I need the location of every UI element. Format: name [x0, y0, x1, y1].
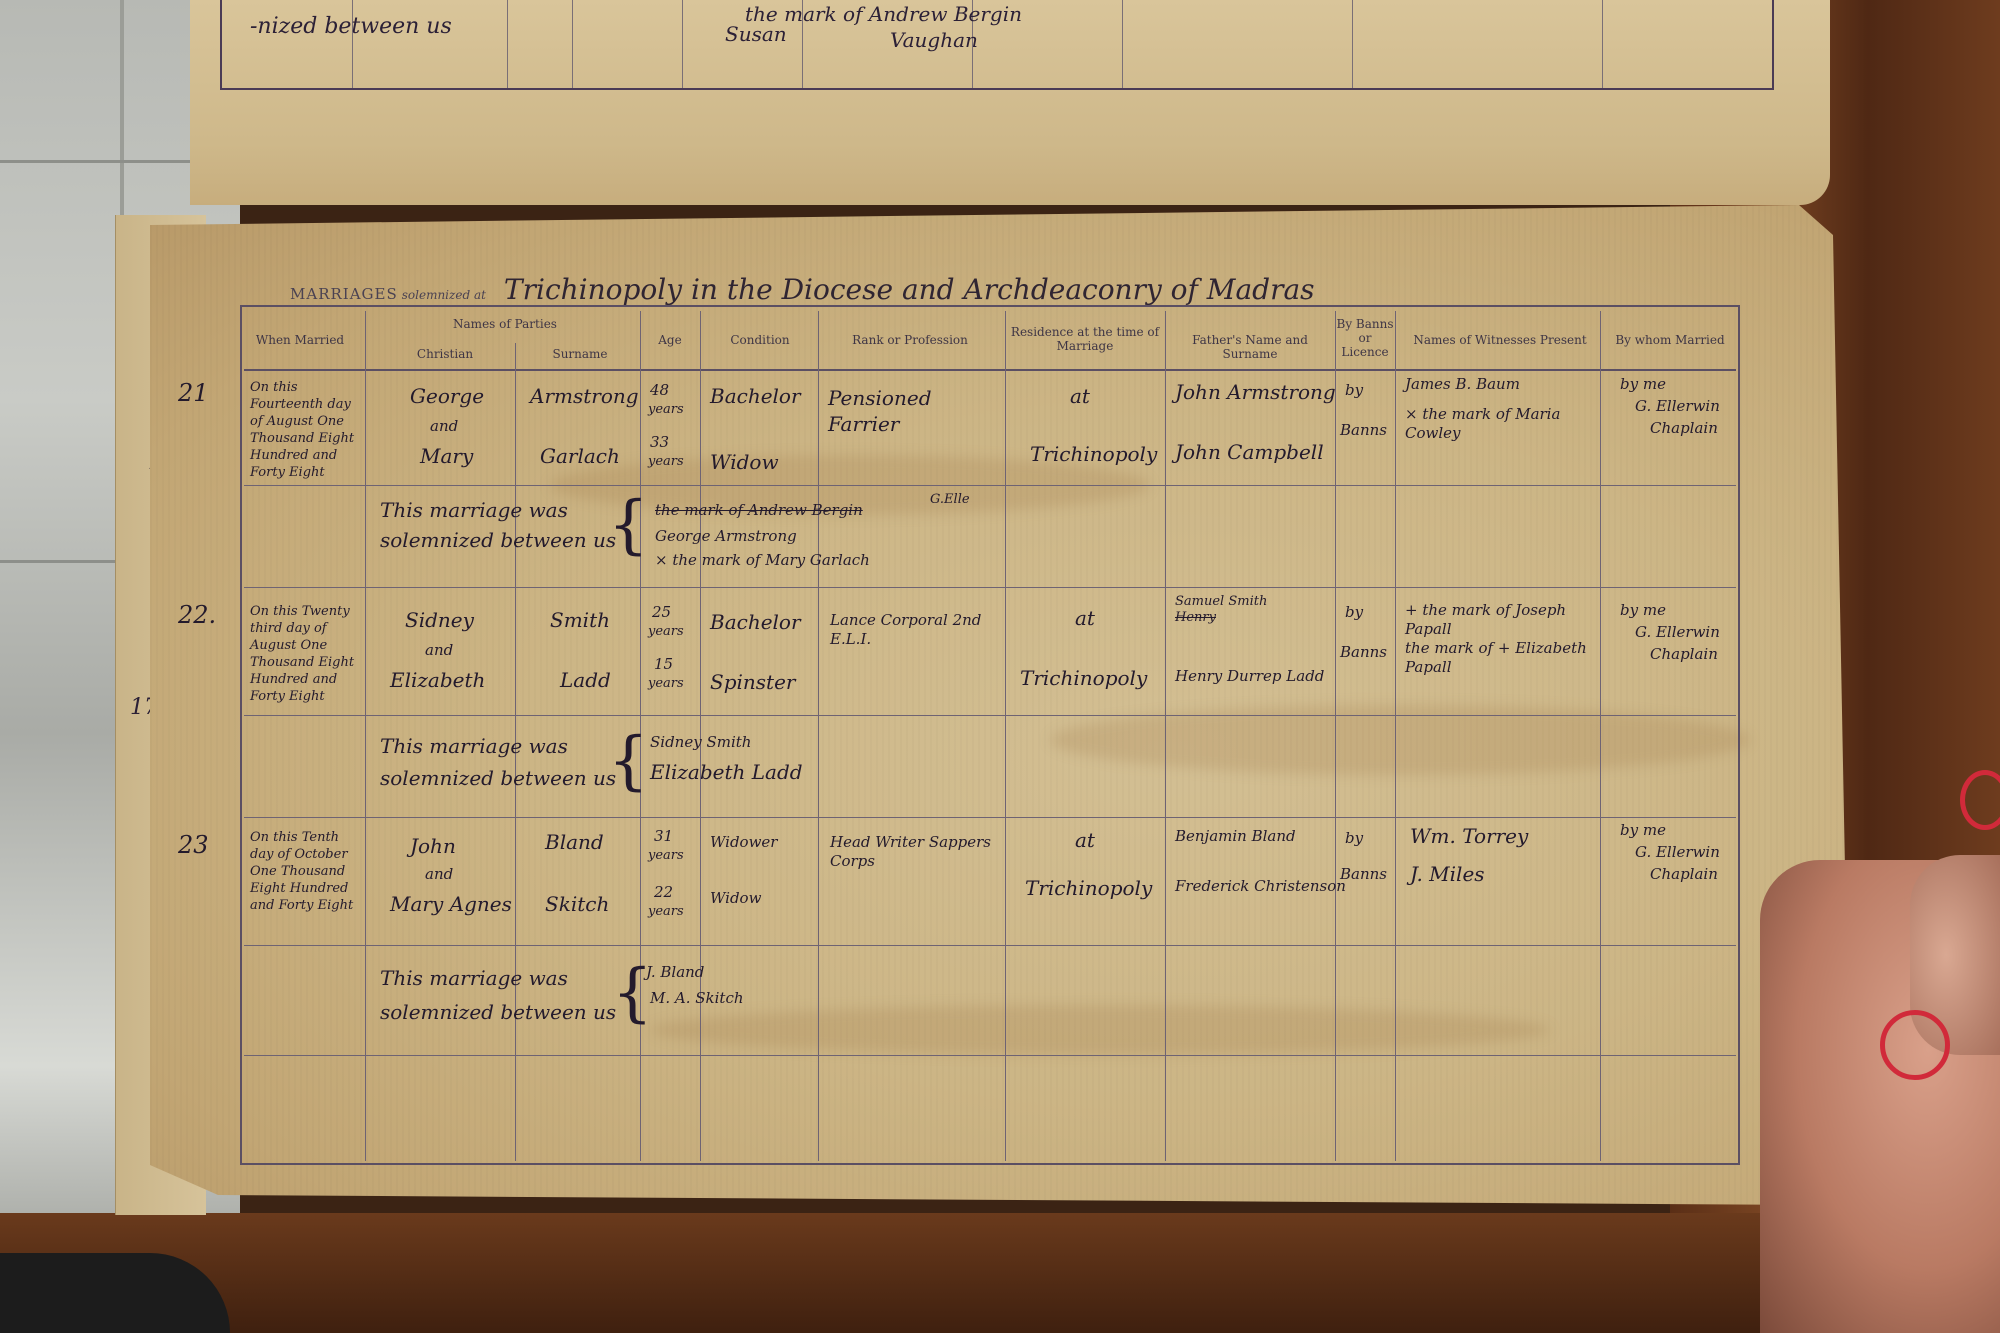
- rubber-band: [1880, 1010, 1950, 1080]
- register-page: MARRIAGESsolemnized atTrichinopoly in th…: [150, 205, 1850, 1205]
- header-rank: Rank or Profession: [820, 333, 1000, 347]
- surname-bride: Skitch: [545, 891, 609, 917]
- witness-1: James B. Baum: [1405, 375, 1520, 394]
- title-place: Trichinopoly in the Diocese and Archdeac…: [504, 273, 1315, 306]
- officiant-by-me: by me: [1620, 375, 1666, 394]
- register-title: MARRIAGESsolemnized atTrichinopoly in th…: [290, 273, 1315, 306]
- signature-groom: George Armstrong: [655, 527, 797, 546]
- christian-name-groom: John: [410, 833, 456, 859]
- surname-bride: Ladd: [560, 667, 611, 693]
- row-line: [244, 485, 1736, 486]
- column-line: [1395, 311, 1396, 1161]
- condition-groom: Bachelor: [710, 609, 801, 635]
- years-label: years: [648, 401, 684, 418]
- witness-2: the mark of + Elizabeth Papall: [1405, 639, 1600, 677]
- age-bride: 22: [654, 883, 673, 902]
- christian-name-groom: Sidney: [405, 607, 474, 633]
- rank-profession: Head Writer Sappers Corps: [830, 833, 1000, 871]
- title-printed-small: solemnized at: [402, 288, 486, 302]
- father-bride: Frederick Christenson: [1175, 877, 1350, 896]
- entry-number: 23: [178, 831, 209, 859]
- previous-page-text: -nized between us: [250, 14, 452, 39]
- column-line: [1005, 311, 1006, 1161]
- father-groom: Samuel Smith: [1175, 593, 1267, 610]
- previous-page: -nized between us the mark of Andrew Ber…: [190, 0, 1830, 205]
- signature-bride: M. A. Skitch: [650, 989, 744, 1008]
- signature-bride: Elizabeth Ladd: [650, 759, 803, 785]
- rank-profession: Pensioned Farrier: [828, 385, 998, 437]
- and-text: and: [430, 417, 458, 436]
- christian-name-bride: Elizabeth: [390, 667, 485, 693]
- surname-bride: Garlach: [540, 443, 620, 469]
- header-by-whom: By whom Married: [1600, 333, 1740, 347]
- witness-2: J. Miles: [1410, 861, 1485, 887]
- entry-number: 22.: [178, 601, 216, 629]
- age-groom: 48: [650, 381, 669, 400]
- header-names-of-parties: Names of Parties: [380, 317, 630, 331]
- banns-label: Banns: [1340, 643, 1387, 662]
- years-label: years: [648, 675, 684, 692]
- when-married: On this Tenth day of October One Thousan…: [250, 829, 362, 914]
- row-line: [244, 587, 1736, 588]
- struck-signature: the mark of Andrew Bergin: [655, 501, 863, 520]
- officiant-by-me: by me: [1620, 601, 1666, 620]
- christian-name-bride: Mary Agnes: [390, 891, 512, 917]
- condition-bride: Widow: [710, 889, 761, 908]
- officiant-title: Chaplain: [1650, 865, 1718, 884]
- when-married: On this Twenty third day of August One T…: [250, 603, 362, 705]
- age-groom: 31: [654, 827, 673, 846]
- father-groom: Benjamin Bland: [1175, 827, 1296, 846]
- row-line: [244, 945, 1736, 946]
- age-bride: 15: [654, 655, 673, 674]
- solemnized-text: This marriage was: [380, 497, 568, 523]
- witness-2: × the mark of Maria Cowley: [1405, 405, 1595, 443]
- brace: {: [608, 729, 649, 793]
- officiant-title: Chaplain: [1650, 645, 1718, 664]
- father-bride: John Campbell: [1175, 439, 1324, 465]
- previous-page-signature: Vaughan: [890, 28, 978, 52]
- residence-place: Trichinopoly: [1020, 665, 1147, 691]
- solemnized-text: This marriage was: [380, 733, 568, 759]
- years-label: years: [648, 453, 684, 470]
- header-age: Age: [640, 333, 700, 347]
- residence-place: Trichinopoly: [1030, 441, 1157, 467]
- row-line: [244, 817, 1736, 818]
- and-text: and: [425, 641, 453, 660]
- residence-place: Trichinopoly: [1025, 875, 1152, 901]
- signature-groom: J. Bland: [646, 963, 704, 982]
- witness-1: Wm. Torrey: [1410, 823, 1528, 849]
- age-groom: 25: [652, 603, 671, 622]
- column-line: [818, 311, 819, 1161]
- wooden-table-edge: [0, 1213, 2000, 1333]
- column-line: [365, 311, 366, 1161]
- header-witnesses: Names of Witnesses Present: [1400, 333, 1600, 347]
- column-line: [1165, 311, 1166, 1161]
- previous-page-signature: Susan: [725, 22, 787, 46]
- signature-bride: × the mark of Mary Garlach: [655, 551, 870, 570]
- residence-at: at: [1070, 383, 1090, 409]
- column-line: [1602, 0, 1603, 88]
- solemnized-text: This marriage was: [380, 965, 568, 991]
- condition-groom: Widower: [710, 833, 777, 852]
- title-printed: MARRIAGES: [290, 285, 398, 303]
- banns-by: by: [1345, 381, 1363, 400]
- surname-groom: Bland: [545, 829, 604, 855]
- solemnized-text: solemnized between us: [380, 765, 616, 791]
- column-line: [1600, 311, 1601, 1161]
- signature-correction: G.Elle: [930, 491, 970, 508]
- header-surname: Surname: [520, 347, 640, 361]
- officiant-name: G. Ellerwin: [1635, 623, 1720, 642]
- residence-at: at: [1075, 827, 1095, 853]
- banns-by: by: [1345, 603, 1363, 622]
- officiant-by-me: by me: [1620, 821, 1666, 840]
- and-text: and: [425, 865, 453, 884]
- column-line: [1352, 0, 1353, 88]
- column-line: [507, 0, 508, 88]
- witness-1: + the mark of Joseph Papall: [1405, 601, 1600, 639]
- row-line: [244, 715, 1736, 716]
- officiant-name: G. Ellerwin: [1635, 397, 1720, 416]
- christian-name-groom: George: [410, 383, 484, 409]
- rank-profession: Lance Corporal 2nd E.L.I.: [830, 611, 1000, 649]
- brace: {: [608, 493, 649, 557]
- header-father: Father's Name and Surname: [1165, 333, 1335, 361]
- signature-groom: Sidney Smith: [650, 733, 751, 752]
- header-christian: Christian: [370, 347, 520, 361]
- solemnized-text: solemnized between us: [380, 527, 616, 553]
- age-bride: 33: [650, 433, 669, 452]
- father-groom: John Armstrong: [1175, 379, 1336, 405]
- banns-label: Banns: [1340, 865, 1387, 884]
- header-when-married: When Married: [240, 333, 360, 347]
- father-bride: Henry Durrep Ladd: [1175, 667, 1324, 686]
- column-line: [1122, 0, 1123, 88]
- years-label: years: [648, 623, 684, 640]
- surname-groom: Armstrong: [530, 383, 639, 409]
- solemnized-text: solemnized between us: [380, 999, 616, 1025]
- entry-number: 21: [178, 379, 209, 407]
- years-label: years: [648, 903, 684, 920]
- christian-name-bride: Mary: [420, 443, 473, 469]
- column-line: [1335, 311, 1336, 1161]
- father-groom-struck: Henry: [1175, 609, 1216, 626]
- condition-bride: Spinster: [710, 669, 795, 695]
- officiant-title: Chaplain: [1650, 419, 1718, 438]
- register-table: When Married Names of Parties Christian …: [240, 305, 1740, 1165]
- condition-groom: Bachelor: [710, 383, 801, 409]
- when-married: On this Fourteenth day of August One Tho…: [250, 379, 362, 481]
- condition-bride: Widow: [710, 449, 779, 475]
- banns-by: by: [1345, 829, 1363, 848]
- row-line: [244, 1055, 1736, 1056]
- residence-at: at: [1075, 605, 1095, 631]
- header-condition: Condition: [700, 333, 820, 347]
- column-line: [682, 0, 683, 88]
- header-banns: By Banns or Licence: [1335, 317, 1395, 359]
- officiant-name: G. Ellerwin: [1635, 843, 1720, 862]
- years-label: years: [648, 847, 684, 864]
- header-residence: Residence at the time of Marriage: [1010, 325, 1160, 353]
- banns-label: Banns: [1340, 421, 1387, 440]
- column-line: [572, 0, 573, 88]
- surname-groom: Smith: [550, 607, 610, 633]
